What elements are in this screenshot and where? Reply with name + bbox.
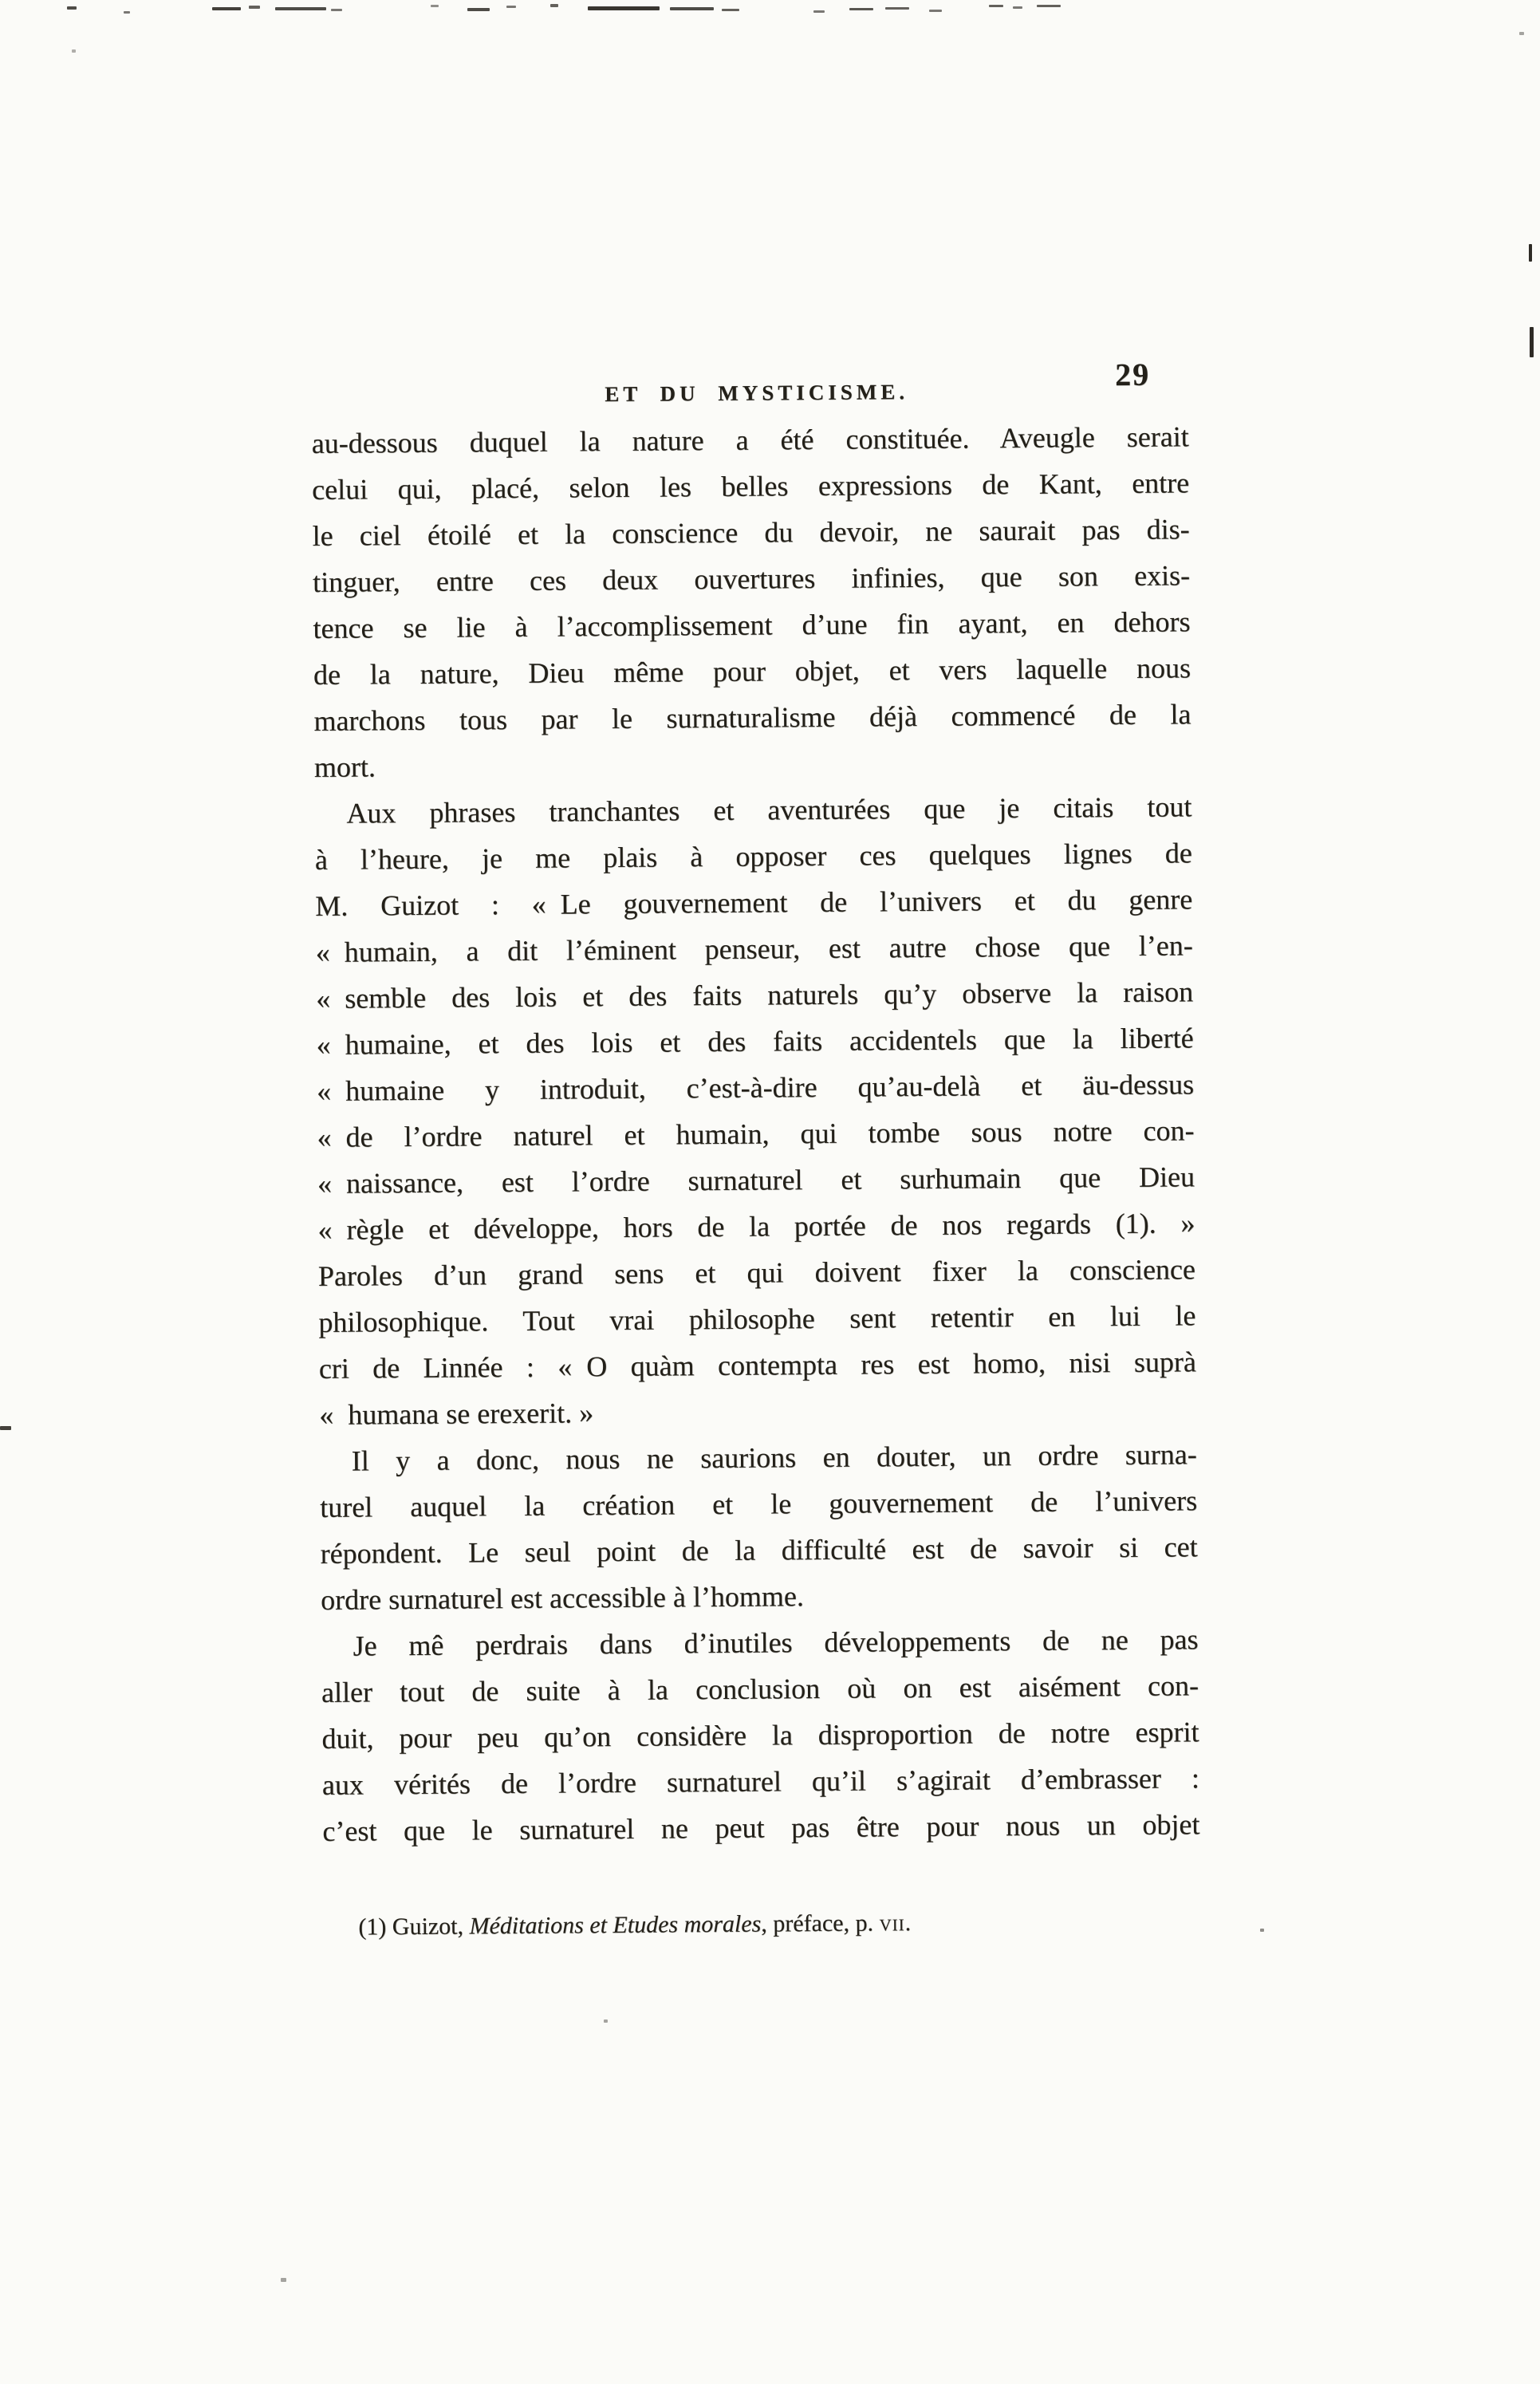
text-line: celui qui, placé, selon les belles expre…	[312, 459, 1189, 513]
text-line: « règle et développe, hors de la portée …	[317, 1200, 1195, 1253]
page-content: ET DU MYSTICISME. 29 au-dessous duquel l…	[311, 360, 1188, 367]
scan-speck	[1530, 327, 1534, 357]
scanned-book-page: ET DU MYSTICISME. 29 au-dessous duquel l…	[0, 0, 1540, 2384]
scan-speck	[1037, 5, 1061, 7]
text-line: ordre surnaturel est accessible à l’homm…	[321, 1570, 1198, 1623]
scan-speck	[506, 6, 516, 8]
text-line: tence se lie à l’accomplissement d’une f…	[313, 598, 1190, 652]
scan-speck	[467, 8, 490, 11]
scan-speck	[249, 6, 260, 9]
footnote-middle: , préface, p.	[761, 1909, 880, 1937]
scan-speck	[72, 49, 76, 53]
scan-speck	[331, 9, 342, 11]
scan-speck	[67, 6, 77, 10]
scan-speck	[281, 2278, 286, 2282]
text-line: cri de Linnée : « O quàm contempta res e…	[319, 1338, 1196, 1392]
text-line: M. Guizot : « Le gouvernement de l’unive…	[315, 876, 1192, 929]
text-line: philosophique. Tout vrai philosophe sent…	[318, 1292, 1195, 1346]
scan-speck	[0, 1426, 11, 1430]
running-title: ET DU MYSTICISME.	[605, 380, 908, 407]
scan-speck	[550, 4, 558, 7]
footnote-page-ref: vii	[879, 1909, 904, 1936]
scan-speck	[275, 7, 326, 10]
scan-speck	[604, 2020, 608, 2023]
scan-speck	[849, 8, 873, 10]
text-line: « de l’ordre naturel et humain, qui tomb…	[317, 1107, 1194, 1160]
text-block: au-dessous duquel la nature a été consti…	[312, 413, 1200, 1854]
text-line: Paroles d’un grand sens et qui doivent f…	[318, 1246, 1195, 1299]
footnote-marker-author: (1) Guizot,	[358, 1913, 469, 1941]
scan-speck	[670, 7, 714, 10]
text-line: c’est que le surnaturel ne peut pas être…	[322, 1801, 1199, 1854]
scan-speck	[588, 6, 660, 10]
text-line: aux vérités de l’ordre surnaturel qu’il …	[322, 1755, 1199, 1808]
text-line: « humaine, et des lois et des faits acci…	[316, 1015, 1193, 1068]
scan-speck	[929, 10, 942, 12]
text-line: Je mê perdrais dans d’inutiles développe…	[321, 1616, 1198, 1669]
scan-speck	[813, 10, 825, 13]
text-line: « naissance, est l’ordre surnaturel et s…	[317, 1153, 1195, 1207]
text-line: « humana se erexerit. »	[319, 1385, 1196, 1438]
text-line: marchons tous par le surnaturalisme déjà…	[313, 691, 1191, 744]
text-line: aller tout de suite à la conclusion où o…	[321, 1662, 1199, 1716]
footnote: (1) Guizot, Méditations et Etudes morale…	[358, 1908, 911, 1942]
scan-speck	[1519, 32, 1524, 35]
text-line: « humaine y introduit, c’est-à-dire qu’a…	[317, 1061, 1194, 1114]
text-line: au-dessous duquel la nature a été consti…	[312, 413, 1189, 467]
scan-speck	[885, 7, 909, 10]
footnote-work-title: Méditations et Etudes morales	[469, 1911, 761, 1940]
scan-speck	[124, 11, 130, 14]
text-line: « humain, a dit l’éminent penseur, est a…	[316, 922, 1193, 975]
scan-speck	[722, 9, 739, 11]
text-line: répondent. Le seul point de la difficult…	[320, 1523, 1197, 1577]
scan-speck	[989, 5, 1003, 7]
footnote-period: .	[905, 1909, 912, 1936]
text-line: Aux phrases tranchantes et aventurées qu…	[314, 783, 1191, 837]
text-line: à l’heure, je me plais à opposer ces que…	[315, 829, 1192, 883]
text-line: tinguer, entre ces deux ouvertures infin…	[313, 552, 1190, 605]
scan-speck	[431, 5, 439, 7]
scan-speck	[1529, 244, 1532, 262]
text-line: turel auquel la création et le gouvernem…	[320, 1477, 1197, 1531]
scan-speck	[1013, 6, 1022, 9]
text-line: le ciel étoilé et la conscience du devoi…	[312, 506, 1189, 559]
text-line: duit, pour peu qu’on considère la dispro…	[321, 1708, 1199, 1762]
scan-speck	[212, 7, 241, 10]
text-line: Il y a donc, nous ne saurions en douter,…	[320, 1431, 1197, 1484]
text-line: mort.	[314, 737, 1191, 790]
page-number: 29	[1115, 356, 1150, 393]
text-line: de la nature, Dieu même pour objet, et v…	[313, 644, 1191, 698]
text-line: « semble des lois et des faits naturels …	[316, 968, 1193, 1022]
scan-speck	[1260, 1929, 1264, 1932]
